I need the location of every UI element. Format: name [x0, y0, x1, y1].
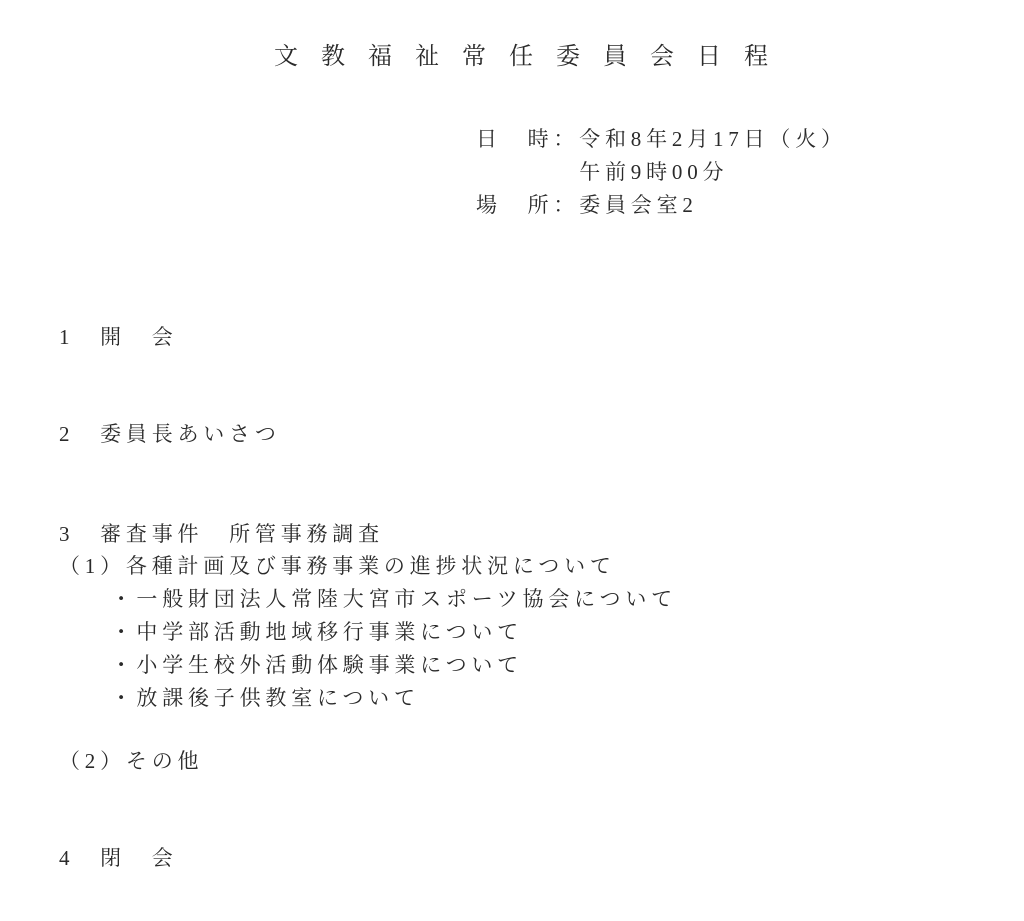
agenda-item-3-examination-matters: 3 審査事件 所管事務調査	[59, 522, 384, 547]
agenda-item-3-1-progress-status: （1）各種計画及び事務事業の進捗状況について	[59, 554, 616, 579]
agenda-bullet-sports-association: ・一般財団法人常陸大宮市スポーツ協会について	[59, 587, 677, 612]
meta-time-line: 午前9時00分	[476, 160, 728, 185]
agenda-item-3-2-others: （2）その他	[59, 749, 203, 774]
meta-place-line: 場 所：委員会室2	[476, 193, 698, 218]
agenda-bullet-after-school-classroom: ・放課後子供教室について	[59, 686, 420, 711]
document-title: 文教福祉常任委員会日程	[274, 44, 791, 70]
agenda-document-page: 文教福祉常任委員会日程 日 時：令和8年2月17日（火） 午前9時00分 場 所…	[0, 0, 1024, 921]
agenda-item-2-chair-greeting: 2 委員長あいさつ	[59, 422, 281, 447]
agenda-bullet-junior-high-club-transition: ・中学部活動地域移行事業について	[59, 620, 523, 645]
agenda-item-4-closing: 4 閉 会	[59, 846, 178, 871]
meta-datetime-line: 日 時：令和8年2月17日（火）	[476, 127, 847, 152]
agenda-item-1-opening: 1 開 会	[59, 325, 178, 350]
agenda-bullet-elementary-outdoor-activity: ・小学生校外活動体験事業について	[59, 653, 523, 678]
